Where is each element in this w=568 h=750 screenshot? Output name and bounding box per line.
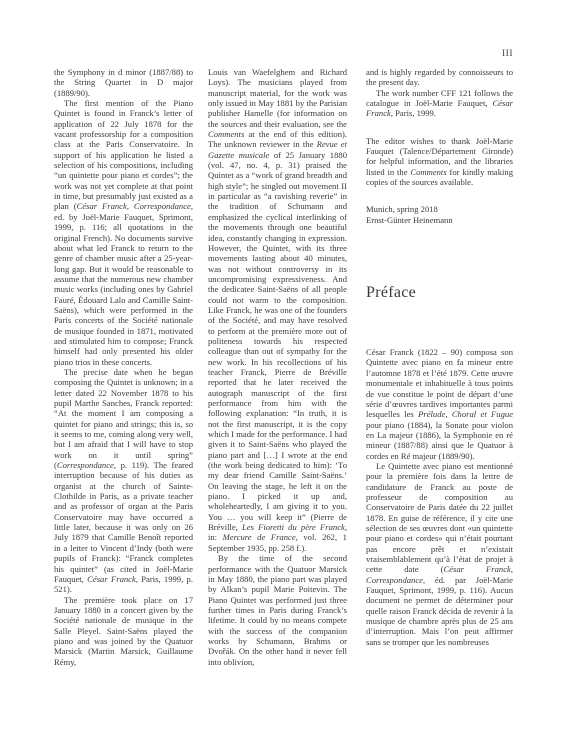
paragraph: The precise date when he began composing… bbox=[54, 367, 193, 595]
editor-acknowledgement: The editor wishes to thank Joël-Marie Fa… bbox=[366, 136, 513, 188]
paragraph: and is highly regarded by connoisseurs t… bbox=[366, 67, 513, 88]
paragraph: Louis van Waefelghem and Richard Loys). … bbox=[208, 67, 347, 553]
paragraph: Le Quintette avec piano est mentionné po… bbox=[366, 461, 513, 647]
paragraph: By the time of the second performance wi… bbox=[208, 553, 347, 667]
signoff-editor-name: Ernst-Günter Heinemann bbox=[366, 215, 513, 225]
english-preface-column-1: the Symphony in d minor (1887/88) to the… bbox=[54, 67, 193, 667]
paragraph: César Franck (1822 – 90) composa son Qui… bbox=[366, 347, 513, 461]
paragraph: The editor wishes to thank Joël-Marie Fa… bbox=[366, 136, 513, 188]
signoff-block: Munich, spring 2018 Ernst-Günter Heinema… bbox=[366, 204, 513, 225]
paragraph: the Symphony in d minor (1887/88) to the… bbox=[54, 67, 193, 98]
page-number: III bbox=[481, 49, 513, 59]
signoff-place-date: Munich, spring 2018 bbox=[366, 204, 513, 214]
english-preface-column-2: Louis van Waefelghem and Richard Loys). … bbox=[208, 67, 347, 667]
english-preface-conclusion: and is highly regarded by connoisseurs t… bbox=[366, 67, 513, 119]
paragraph: The première took place on 17 January 18… bbox=[54, 595, 193, 667]
right-column: and is highly regarded by connoisseurs t… bbox=[366, 67, 513, 647]
french-preface-heading: Préface bbox=[366, 283, 513, 303]
paragraph: The first mention of the Piano Quintet i… bbox=[54, 98, 193, 367]
french-preface-start: César Franck (1822 – 90) composa son Qui… bbox=[366, 347, 513, 647]
paragraph: The work number CFF 121 follows the cata… bbox=[366, 88, 513, 119]
preface-page: III the Symphony in d minor (1887/88) to… bbox=[0, 0, 568, 750]
